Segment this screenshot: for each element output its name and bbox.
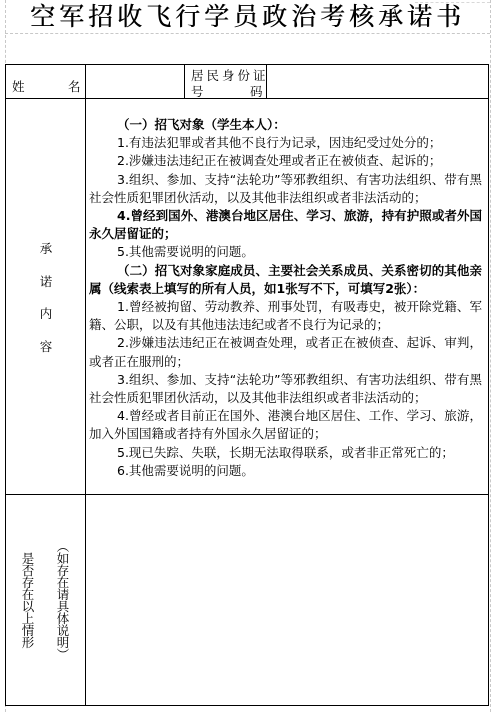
id-number-label-2b: 码 — [250, 82, 263, 100]
section2-item: 4.曾经或者目前正在国外、港澳台地区居住、工作、学习、旅游，加入外国国籍或者持有… — [89, 407, 482, 443]
row-divider-content — [5, 494, 489, 495]
col-divider-name-value — [184, 64, 185, 99]
section2-item: 1.曾经被拘留、劳动教养、刑事处罚，有吸毒史，被开除党籍、军籍、公职，以及有其他… — [89, 298, 482, 334]
page-guide-title-bottom — [5, 33, 490, 34]
commitment-content: （一）招飞对象（学生本人）： 1.有违法犯罪或者其他不良行为记录，因违纪受过处分… — [89, 116, 482, 480]
id-number-label-2a: 号 — [191, 82, 204, 100]
section1-item: 2.涉嫌违法违纪正在被调查处理或者正在被侦查、起诉的； — [89, 152, 482, 170]
section1-item: 5.其他需要说明的问题。 — [89, 243, 482, 261]
id-number-field[interactable] — [268, 66, 487, 97]
section2-item: 5.现已失踪、失联，长期无法取得联系，或者非正常死亡的； — [89, 444, 482, 462]
name-label: 姓 — [12, 77, 25, 95]
situation-label: 是否存在以上情形 — [20, 552, 34, 648]
page-guide-right — [490, 0, 491, 712]
section1-heading: （一）招飞对象（学生本人）： — [89, 116, 482, 134]
section2-item: 6.其他需要说明的问题。 — [89, 462, 482, 480]
situation-note: （如存在请具体说明） — [55, 540, 69, 660]
name-field[interactable] — [87, 66, 183, 97]
commitment-label-char: 诺 — [38, 272, 54, 290]
section1-item: 4.曾经到国外、港澳台地区居住、学习、旅游，持有护照或者外国永久居留证的； — [89, 207, 482, 243]
document-title: 空军招收飞行学员政治考核承诺书 — [5, 2, 490, 32]
col-divider-label — [85, 64, 86, 706]
section1-item: 3.组织、参加、支持“法轮功”等邪教组织、有害功法组织、带有黑社会性质犯罪团伙活… — [89, 171, 482, 207]
situation-details-field[interactable] — [87, 496, 487, 704]
name-label-2: 名 — [68, 77, 81, 95]
commitment-label-char: 承 — [38, 239, 54, 257]
section2-item: 2.涉嫌违法违纪正在被调查处理，或者正在被侦查、起诉、审判，或者正在服刑的； — [89, 334, 482, 370]
section2-item: 3.组织、参加、支持“法轮功”等邪教组织、有害功法组织、带有黑社会性质犯罪团伙活… — [89, 371, 482, 407]
section1-item: 1.有违法犯罪或者其他不良行为记录，因违纪受过处分的； — [89, 134, 482, 152]
row-divider-header — [5, 98, 489, 99]
commitment-label-char: 容 — [38, 337, 54, 355]
commitment-label-char: 内 — [38, 304, 54, 322]
section2-heading: （二）招飞对象家庭成员、主要社会关系成员、关系密切的其他亲属（线索表上填写的所有… — [89, 262, 482, 298]
